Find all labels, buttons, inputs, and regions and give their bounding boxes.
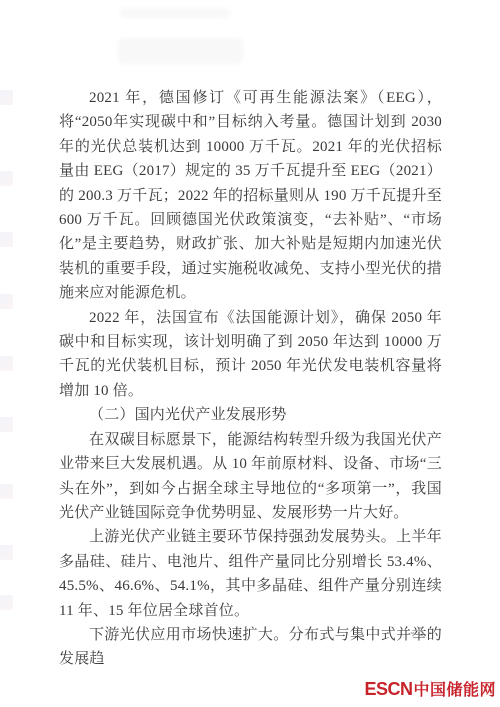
watermark-fragment bbox=[0, 356, 13, 371]
paragraph-dual-carbon: 在双碳目标愿景下，能源结构转型升级为我国光伏产业带来巨大发展机遇。从 10 年前… bbox=[59, 428, 442, 526]
watermark-fragment bbox=[0, 417, 13, 432]
escn-logo-latin: ESCN bbox=[364, 679, 412, 700]
paragraph-downstream-market: 下游光伏应用市场快速扩大。分布式与集中式并举的发展趋 bbox=[59, 623, 442, 672]
escn-logo-cjk: 中国储能网 bbox=[413, 677, 496, 700]
escn-logo: ESCN 中国储能网 bbox=[364, 677, 496, 700]
watermark-fragment bbox=[0, 294, 13, 309]
document-body: 2021 年，德国修订《可再生能源法案》（EEG），将“2050年实现碳中和”目… bbox=[59, 86, 442, 672]
paragraph-upstream-chain: 上游光伏产业链主要环节保持强劲发展势头。上半年多晶硅、硅片、电池片、组件产量同比… bbox=[59, 525, 442, 623]
scan-artifact bbox=[120, 8, 230, 18]
section-heading-domestic-pv: （二）国内光伏产业发展形势 bbox=[59, 403, 442, 427]
watermark-fragment bbox=[0, 595, 13, 610]
paragraph-france-plan: 2022 年，法国宣布《法国能源计划》，确保 2050 年碳中和目标实现，该计划… bbox=[59, 306, 442, 404]
paragraph-germany-eeg: 2021 年，德国修订《可再生能源法案》（EEG），将“2050年实现碳中和”目… bbox=[59, 86, 442, 306]
scan-artifact bbox=[118, 38, 243, 64]
watermark-fragment bbox=[0, 484, 13, 499]
document-page: 2021 年，德国修订《可再生能源法案》（EEG），将“2050年实现碳中和”目… bbox=[0, 0, 500, 707]
watermark-fragment bbox=[0, 545, 13, 560]
page-number: - 5 - bbox=[396, 623, 446, 641]
watermark-fragment bbox=[0, 171, 13, 186]
watermark-fragment bbox=[0, 232, 13, 247]
watermark-fragment bbox=[0, 90, 13, 105]
